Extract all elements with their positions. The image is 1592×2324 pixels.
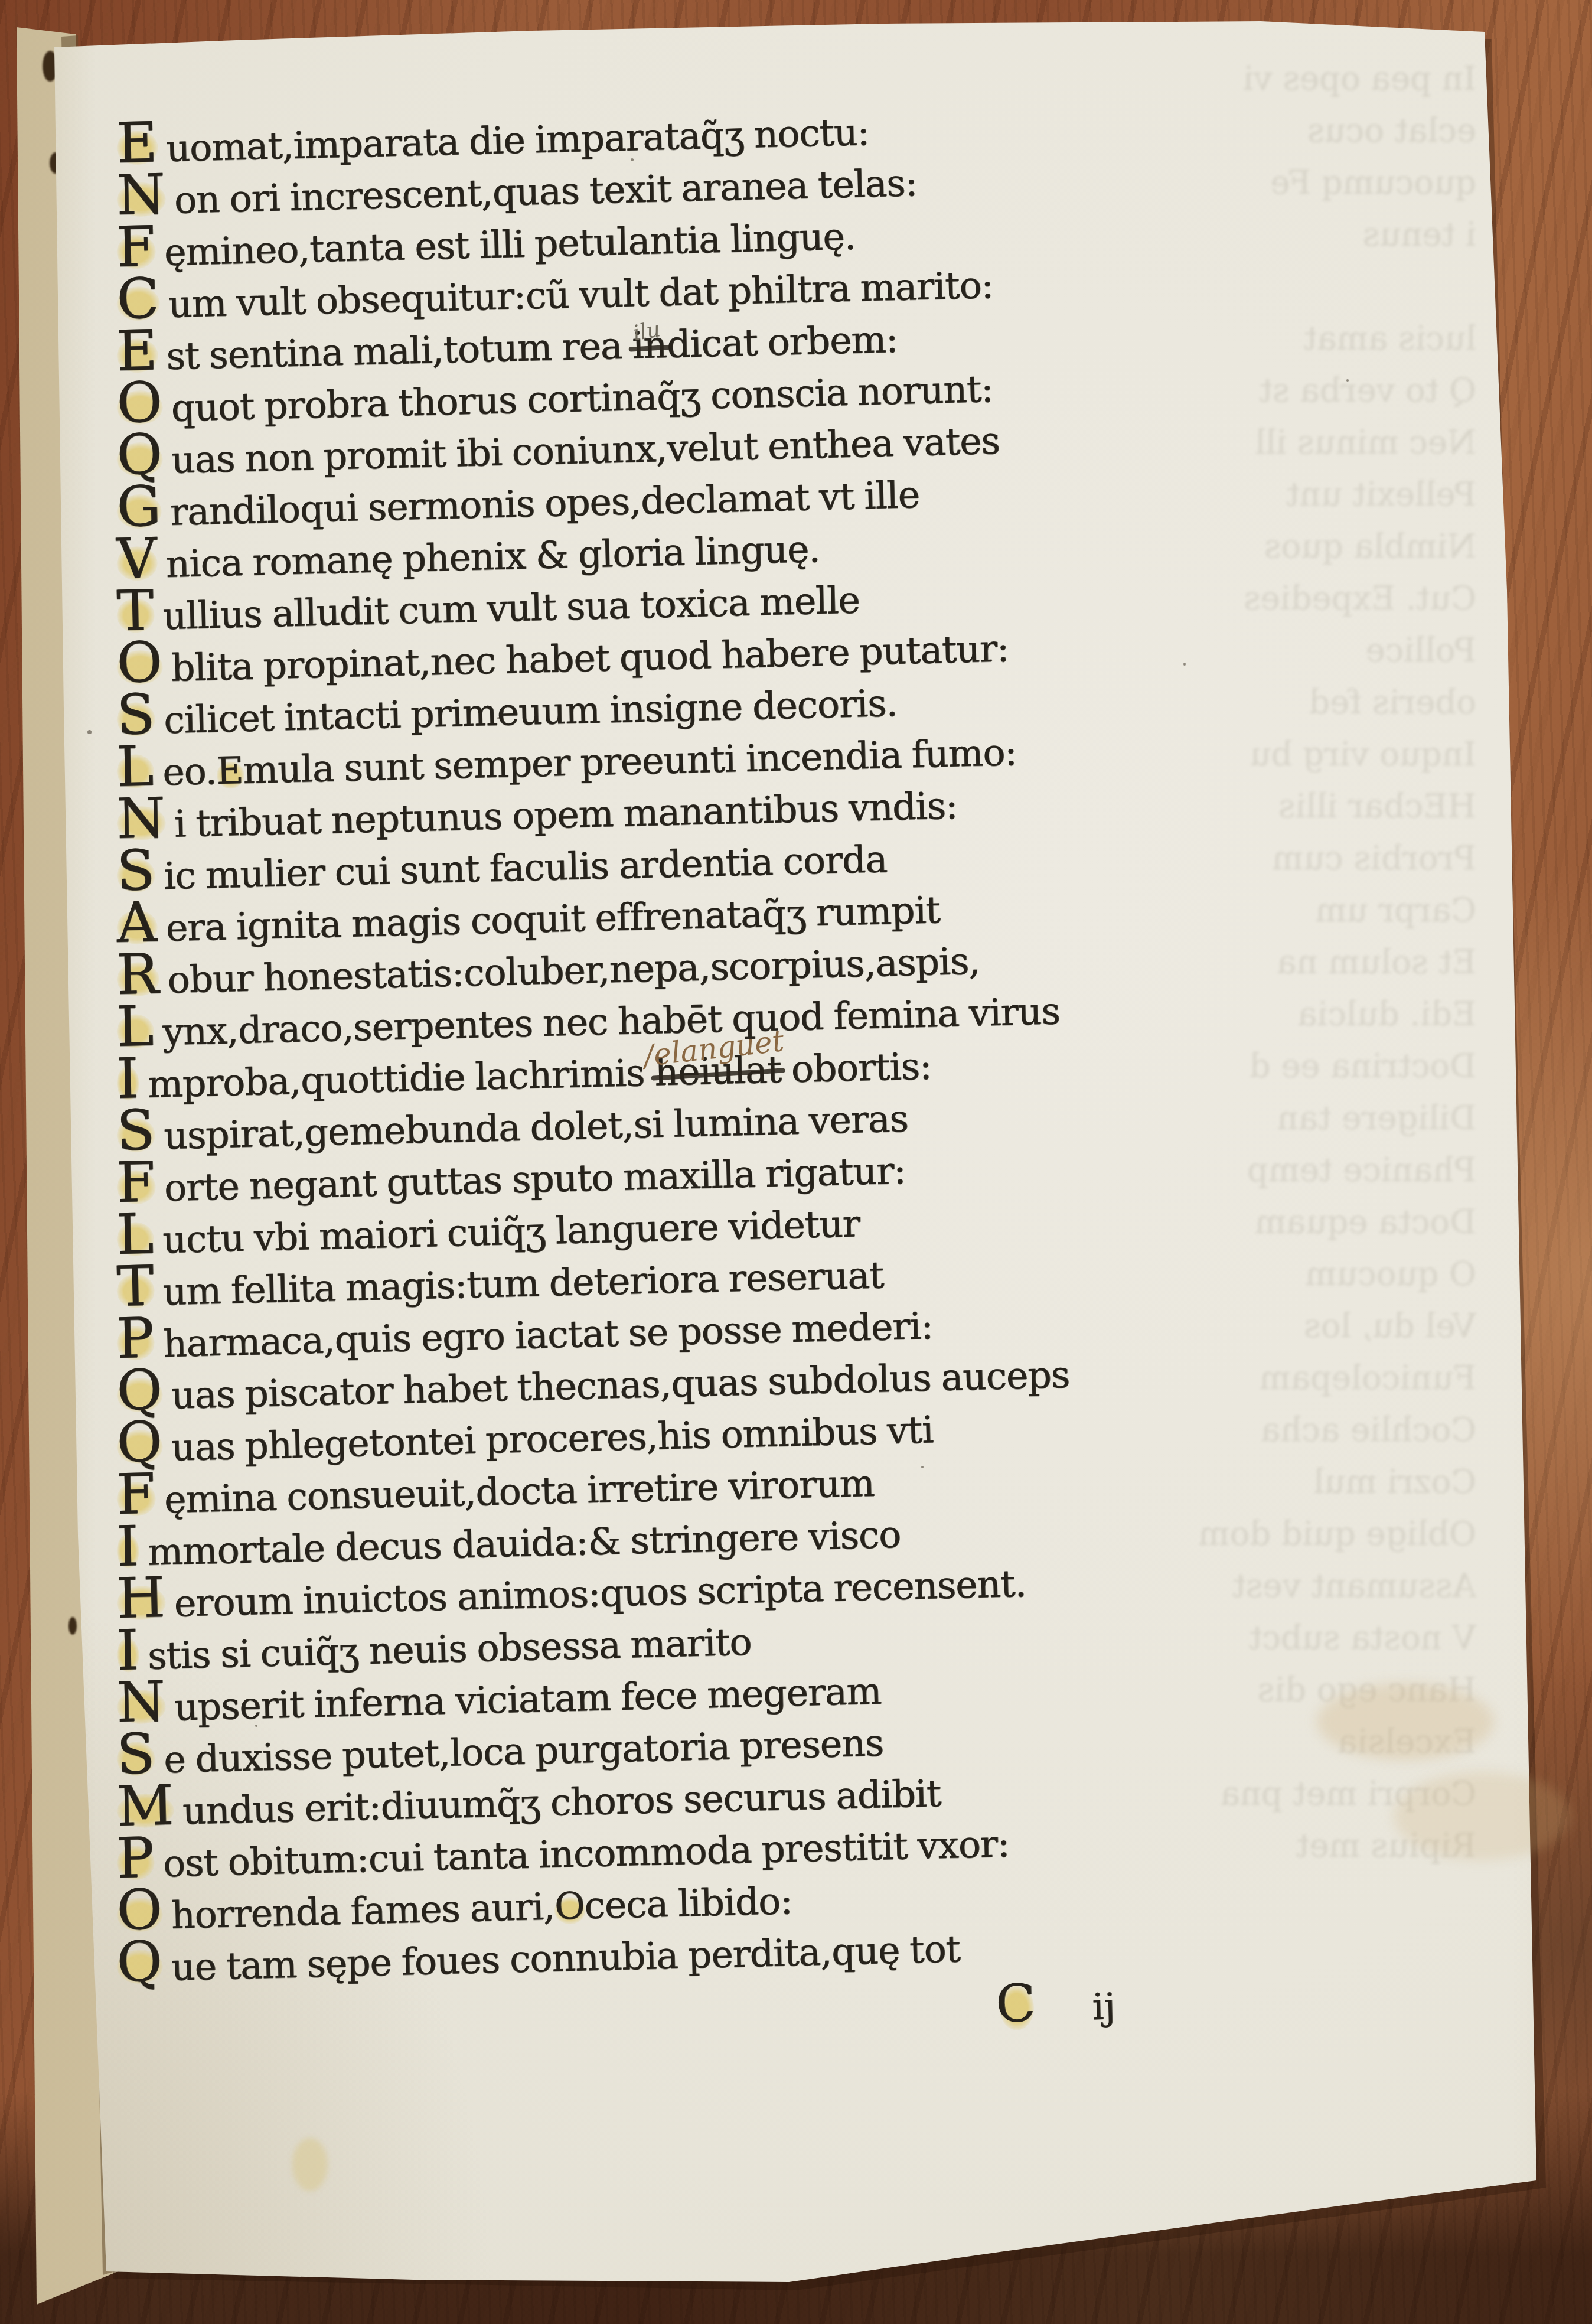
ghost-line: Funicolepam <box>1042 1352 1476 1404</box>
line-initial: S <box>116 1729 155 1781</box>
ghost-line: lucis amat <box>1042 313 1476 365</box>
line-initial: V <box>116 533 157 586</box>
ink-speck <box>1183 663 1186 666</box>
line-initial: N <box>116 169 165 222</box>
line-initial: N <box>116 793 165 846</box>
ghost-line: Carpr um <box>1042 885 1476 937</box>
washed-capital: E <box>216 745 243 797</box>
ghost-line: Cochlie acha <box>1042 1404 1476 1456</box>
line-initial: P <box>116 1833 154 1885</box>
poem-text: Euomat,imparata die imparataq̃ʒ noctu:No… <box>117 118 1069 1989</box>
line-initial: A <box>116 897 157 950</box>
ghost-line: i tenus <box>1042 209 1476 261</box>
ghost-line: Doctrina ee d <box>1042 1041 1476 1093</box>
line-initial: T <box>116 585 154 638</box>
photo-of-book-page: { "page": { "lines": [ {"initial":"E","r… <box>0 0 1592 2324</box>
ghost-line: O quocum <box>1042 1249 1476 1300</box>
ghost-line: eclat ocus <box>1042 105 1476 157</box>
ghost-line: Edi. dulcia <box>1042 989 1476 1041</box>
line-initial: Q <box>116 1936 162 1989</box>
ghost-line: V nosta subct <box>1042 1612 1476 1664</box>
ghost-line: Prorbis cum <box>1042 833 1476 885</box>
line-initial: R <box>116 948 159 1002</box>
line-initial: P <box>116 1313 154 1365</box>
ghost-line: Phanice temp <box>1042 1145 1476 1197</box>
ghost-line: Nec minus ill <box>1042 417 1476 469</box>
ghost-line: Vel du, los <box>1042 1300 1476 1352</box>
signature-letter: C <box>995 1971 1036 2037</box>
line-initial: L <box>116 1209 154 1262</box>
line-initial: I <box>116 1625 139 1677</box>
ink-speck <box>255 1725 257 1727</box>
ghost-line: Inquo virg bu <box>1042 729 1476 781</box>
line-initial: E <box>116 117 158 170</box>
line-initial: I <box>116 1053 139 1106</box>
ghost-line: Pellexit unt <box>1042 469 1476 521</box>
ghost-line: Nimbla quos <box>1042 521 1476 573</box>
line-initial: T <box>116 1261 154 1313</box>
ink-speck <box>1346 379 1349 382</box>
ink-speck <box>87 730 92 734</box>
ghost-line: In pea opes vi <box>1042 53 1476 105</box>
line-initial: S <box>116 845 155 898</box>
paper-stain <box>1317 1683 1494 1760</box>
line-initial: L <box>116 1001 154 1054</box>
ghost-line: HEcbar illis <box>1042 781 1476 833</box>
line-initial: L <box>116 741 154 794</box>
line-initial: S <box>116 1105 155 1158</box>
ink-speck <box>497 717 500 719</box>
washed-capital: O <box>554 1880 585 1932</box>
ghost-line: quocumq Fe <box>1042 157 1476 209</box>
ink-speck <box>921 1466 924 1468</box>
ghost-line: Cozri mul <box>1042 1456 1476 1508</box>
line-initial: H <box>116 1572 165 1625</box>
ghost-line: Oblige quid dom <box>1042 1508 1476 1560</box>
line-initial: F <box>116 221 155 274</box>
line-initial: Q <box>116 1416 162 1469</box>
line-initial: I <box>116 1521 139 1573</box>
line-initial: S <box>116 689 155 742</box>
ghost-line: Diligere tan <box>1042 1093 1476 1145</box>
line-initial: O <box>116 637 162 690</box>
line-initial: M <box>116 1780 174 1833</box>
gutter-hole <box>68 1617 77 1635</box>
line-initial: F <box>116 1469 155 1521</box>
paper-stain <box>1394 1772 1571 1860</box>
ghost-line: Docta equam <box>1042 1197 1476 1249</box>
ink-speck <box>631 158 634 161</box>
signature-number: ij <box>1091 1974 1116 2040</box>
strikethrough-word: inilu <box>631 323 667 367</box>
line-initial: N <box>116 1676 165 1729</box>
ghost-line: Assumant vest <box>1042 1560 1476 1612</box>
ghost-line: Cut. Expedies <box>1042 573 1476 625</box>
signature-mark: Cij <box>995 1969 1116 2037</box>
ghost-line: Q to verba st <box>1042 365 1476 417</box>
ghost-line <box>1042 261 1476 313</box>
line-initial: F <box>116 1157 155 1210</box>
strikethrough-word: heiulat/elanguet <box>654 1048 781 1094</box>
ghost-line: Pollice <box>1042 625 1476 677</box>
ghost-line: oberis fed <box>1042 677 1476 729</box>
line-initial: E <box>116 325 158 378</box>
ink-speck <box>387 1324 389 1326</box>
paper-stain <box>292 2138 328 2191</box>
ghost-line: Et solum na <box>1042 937 1476 989</box>
